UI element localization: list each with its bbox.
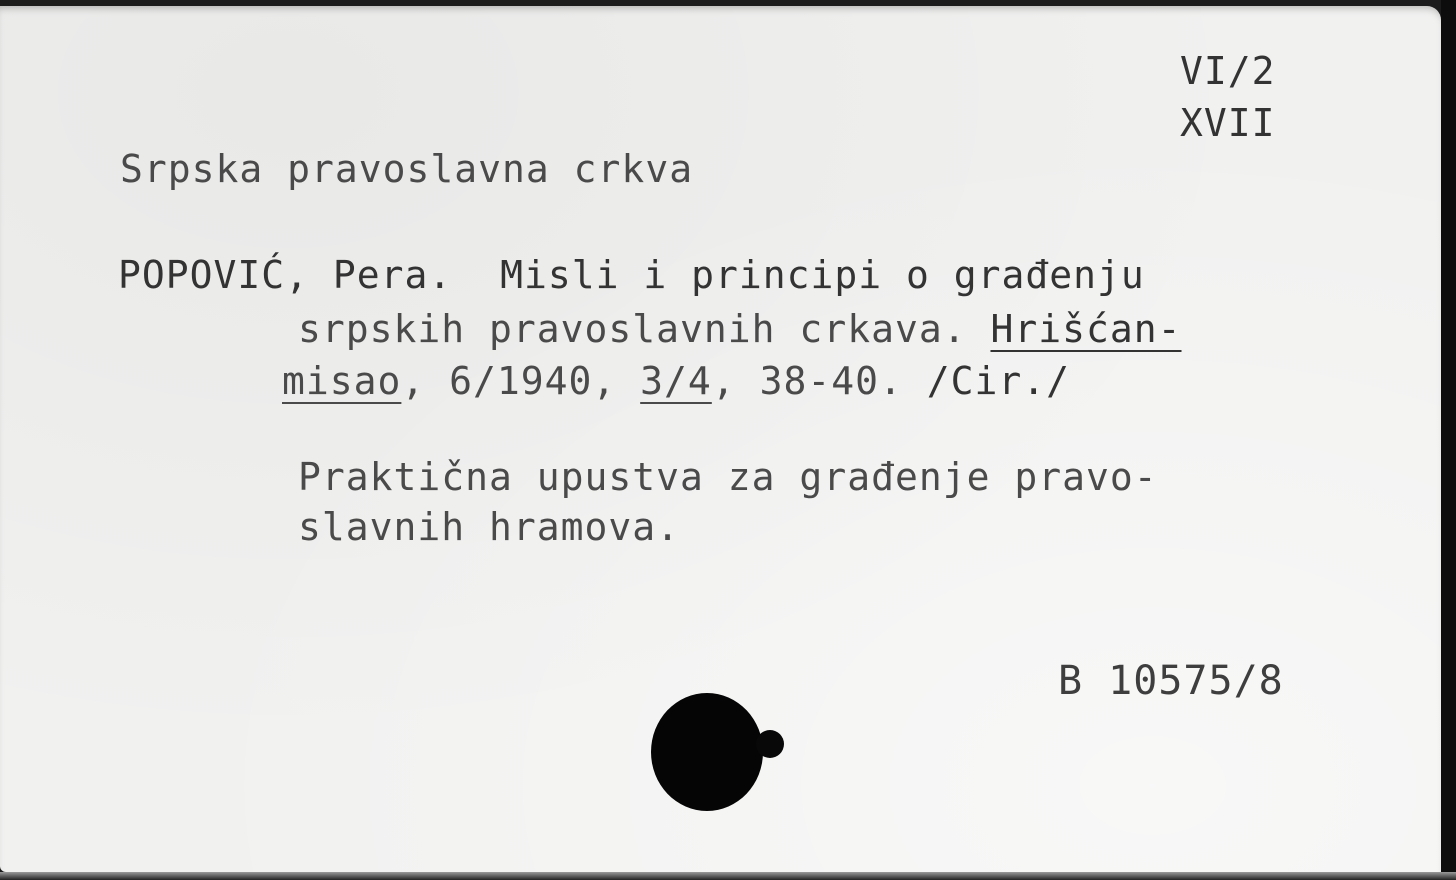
classification-line-1: VI/2 <box>1180 52 1276 90</box>
journal-name-part-2: misao <box>282 359 401 403</box>
journal-name-part-1: Hrišćan- <box>990 307 1181 351</box>
entry-line-3: misao, 6/1940, 3/4, 38-40. /Cir./ <box>282 362 1070 400</box>
title-continuation: srpskih pravoslavnih crkava. <box>298 307 967 351</box>
issue-number: 3/4 <box>640 359 712 403</box>
issue-year: , 6/1940, <box>401 359 640 403</box>
classification-line-2: XVII <box>1180 104 1276 142</box>
author-name: POPOVIĆ, Pera. <box>118 253 452 297</box>
annotation-line-2: slavnih hramova. <box>298 508 680 546</box>
script-note: /Cir./ <box>927 359 1070 403</box>
entry-line-1: POPOVIĆ, Pera. Misli i principi o građen… <box>118 256 1145 294</box>
annotation-line-1: Praktična upustva za građenje pravo- <box>298 458 1158 496</box>
punch-hole-notch <box>756 730 784 758</box>
scan-border-right <box>1441 0 1456 880</box>
scan-border-bottom <box>0 872 1456 880</box>
subject-heading: Srpska pravoslavna crkva <box>120 150 693 188</box>
page-range: , 38-40. <box>712 359 927 403</box>
entry-line-2: srpskih pravoslavnih crkava. Hrišćan- <box>298 310 1182 348</box>
call-number: B 10575/8 <box>1058 662 1284 700</box>
catalog-card: VI/2 XVII Srpska pravoslavna crkva POPOV… <box>0 6 1441 872</box>
punch-hole <box>651 693 763 811</box>
title-start: Misli i principi o građenju <box>500 253 1145 297</box>
